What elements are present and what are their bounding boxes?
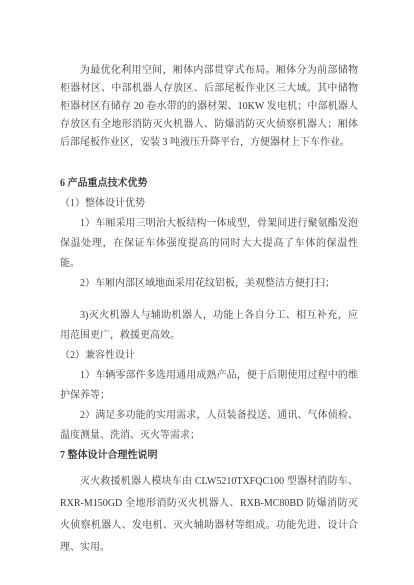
- section-heading: 7 整体设计合理性说明: [60, 446, 358, 466]
- body-paragraph: 3)灭火机器人与辅助机器人，功能上各自分工、相互补充，应用范围更广，救援更高效。: [60, 306, 358, 346]
- body-paragraph: 灭火救援机器人模块车由 CLW5210TXFQC100 型器材消防车、RXR-M…: [60, 471, 358, 559]
- section-heading: 6 产品重点技术优势: [60, 174, 358, 194]
- body-paragraph: 1）车辆零部件多选用通用成熟产品，便于后期使用过程中的维护保养等；: [60, 366, 358, 406]
- document-page: 为最优化利用空间，厢体内部贯穿式布局。厢体分为前部储物柜器材区、中部机器人存放区…: [0, 0, 414, 585]
- body-paragraph: 1）车厢采用三明治大板结构一体成型，骨架间进行聚氨酯发泡保温处理，在保证车体强度…: [60, 214, 358, 274]
- subsection-heading: （1）整体设计优势: [60, 194, 358, 214]
- body-paragraph: 为最优化利用空间，厢体内部贯穿式布局。厢体分为前部储物柜器材区、中部机器人存放区…: [60, 62, 358, 152]
- body-paragraph: 2）车厢内部区域地面采用花纹铝板，美观整洁方便打扫；: [60, 274, 358, 294]
- subsection-heading: （2）兼容性设计: [60, 346, 358, 366]
- document-body: 为最优化利用空间，厢体内部贯穿式布局。厢体分为前部储物柜器材区、中部机器人存放区…: [60, 62, 358, 559]
- body-paragraph: 2）满足多功能的实用需求，人员装备投送、通讯、气体侦检、温度测量、洗消、灭火等需…: [60, 406, 358, 446]
